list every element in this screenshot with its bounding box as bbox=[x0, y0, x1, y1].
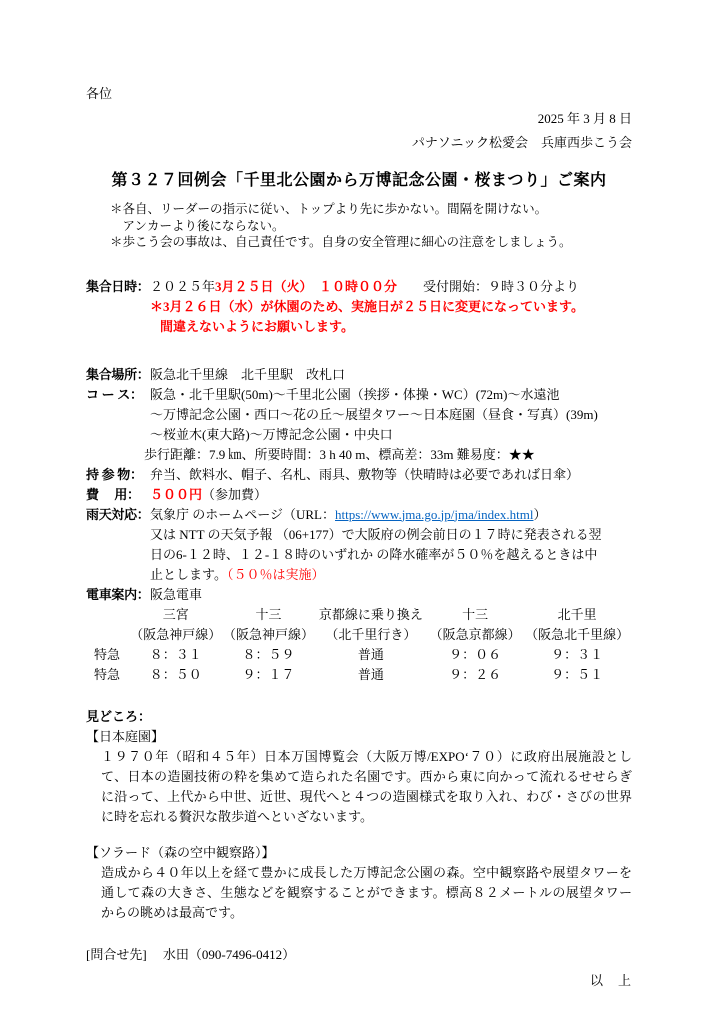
note-line: ＊各自、リーダーの指示に従い、トップより先に歩かない。間隔を開けない。 bbox=[110, 201, 632, 218]
station-header: 三宮 bbox=[128, 605, 223, 625]
train-time-row: 特急 ８：３１ ８：５９ 普通 ９：０６ ９：３１ bbox=[84, 645, 632, 665]
line-header: （阪急神戸線） bbox=[223, 625, 314, 645]
course-line: 阪急・北千里駅(50m)～千里北公園（挨拶・体操・WC）(72m)～水遠池 bbox=[150, 385, 632, 405]
belongings-label: 持 参 物： bbox=[86, 465, 150, 485]
precaution-notes: ＊各自、リーダーの指示に従い、トップより先に歩かない。間隔を開けない。 アンカー… bbox=[110, 201, 632, 251]
rain-policy-line2: 又は NTT の天気予報 （06+177）で大阪府の例会前日の１７時に発表される… bbox=[150, 525, 632, 545]
course-line: ～万博記念公園・西口～花の丘～展望タワー～日本庭園（昼食・写真）(39m) bbox=[150, 405, 632, 425]
line-header: （阪急北千里線） bbox=[522, 625, 632, 645]
course-row: コ ー ス： 阪急・北千里駅(50m)～千里北公園（挨拶・体操・WC）(72m)… bbox=[86, 385, 632, 465]
train-time-row: 特急 ８：５０ ９：１７ 普通 ９：２６ ９：５１ bbox=[84, 665, 632, 685]
closing-mark: 以 上 bbox=[86, 971, 632, 991]
rain-50pct-note: （５０％は実施） bbox=[227, 567, 325, 582]
station-header: 十三 bbox=[223, 605, 314, 625]
document-date: 2025 年 3 月 8 日 bbox=[86, 109, 632, 129]
jma-website-link[interactable]: https://www.jma.go.jp/jma/index.html bbox=[335, 507, 533, 522]
highlight-title: 【日本庭園】 bbox=[86, 727, 632, 747]
highlight-japanese-garden: 【日本庭園】 １９７０年（昭和４５年）日本万国博覧会（大阪万博/EXPO‘７０）… bbox=[86, 727, 632, 827]
meeting-datetime-row: 集合日時： ２０２５年3月２５日（火） １０時００分 受付開始：９時３０分より … bbox=[86, 277, 632, 337]
rain-policy-line1: 気象庁 のホームページ（URL：https://www.jma.go.jp/jm… bbox=[150, 505, 632, 525]
course-stats: 歩行距離：7.9 ㎞、所要時間：3 h 40 m、標高差：33m 難易度：★★ bbox=[144, 445, 632, 465]
highlight-body: １９７０年（昭和４５年）日本万国博覧会（大阪万博/EXPO‘７０）に政府出展施設… bbox=[101, 747, 632, 827]
train-time: ９：５１ bbox=[522, 665, 632, 685]
fee-suffix: （参加費） bbox=[202, 487, 267, 502]
train-type: 特急 bbox=[84, 645, 128, 665]
train-time: ８：５９ bbox=[223, 645, 314, 665]
note-line: アンカーより後にならない。 bbox=[110, 218, 632, 235]
line-header: （阪急京都線） bbox=[428, 625, 523, 645]
highlight-sorado: 【ソラード（森の空中観察路）】 造成から４０年以上を経て豊かに成長した万博記念公… bbox=[86, 843, 632, 923]
train-time: ８：３１ bbox=[128, 645, 223, 665]
train-time: ９：２６ bbox=[428, 665, 523, 685]
highlights-section: 見どころ： 【日本庭園】 １９７０年（昭和４５年）日本万国博覧会（大阪万博/EX… bbox=[86, 707, 632, 923]
train-guide-section: 電車案内：阪急電車 三宮 十三 京都線に乗り換え 十三 北千里 （阪急神戸線） … bbox=[86, 585, 632, 685]
belongings-value: 弁当、飲料水、帽子、名札、雨具、敷物等（快晴時は必要であれば日傘） bbox=[150, 465, 632, 485]
belongings-row: 持 参 物： 弁当、飲料水、帽子、名札、雨具、敷物等（快晴時は必要であれば日傘） bbox=[86, 465, 632, 485]
line-header: （北千里行き） bbox=[314, 625, 428, 645]
train-type-local: 普通 bbox=[314, 645, 428, 665]
note-line: ＊歩こう会の事故は、自己責任です。自身の安全管理に細心の注意をしましょう。 bbox=[110, 234, 632, 251]
station-header: 京都線に乗り換え bbox=[314, 605, 428, 625]
train-time: ９：０６ bbox=[428, 645, 523, 665]
course-label: コ ー ス： bbox=[86, 385, 150, 405]
line-header: （阪急神戸線） bbox=[128, 625, 223, 645]
train-type-local: 普通 bbox=[314, 665, 428, 685]
date-change-warning2: 間違えないようにお願いします。 bbox=[160, 317, 632, 337]
train-line-header-row: （阪急神戸線） （阪急神戸線） （北千里行き） （阪急京都線） （阪急北千里線） bbox=[84, 625, 632, 645]
train-type: 特急 bbox=[84, 665, 128, 685]
salutation: 各位 bbox=[86, 84, 632, 104]
train-timetable: 三宮 十三 京都線に乗り換え 十三 北千里 （阪急神戸線） （阪急神戸線） （北… bbox=[84, 605, 632, 685]
contact-info: [問合せ先] 水田（090-7496-0412） bbox=[86, 945, 632, 965]
train-time: ８：５０ bbox=[128, 665, 223, 685]
fee-amount: ５００円 bbox=[150, 487, 202, 502]
train-time: ９：１７ bbox=[223, 665, 314, 685]
highlight-title: 【ソラード（森の空中観察路）】 bbox=[86, 843, 632, 863]
rain-policy-line3: 日の6-１２時、１２-１８時のいずれか の降水確率が５０％を越えるときは中 bbox=[150, 545, 632, 565]
station-header: 十三 bbox=[428, 605, 523, 625]
train-time: ９：３１ bbox=[522, 645, 632, 665]
train-operator: 阪急電車 bbox=[150, 585, 202, 605]
rain-policy-line4: 止とします。（５０％は実施） bbox=[150, 565, 632, 585]
train-guide-label: 電車案内： bbox=[86, 585, 150, 605]
organization-name: パナソニック松愛会 兵庫西歩こう会 bbox=[86, 133, 632, 153]
meeting-place-value: 阪急北千里線 北千里駅 改札口 bbox=[150, 365, 632, 385]
meeting-date-highlight: 3月２５日（火） １０時００分 bbox=[215, 279, 397, 294]
station-header: 北千里 bbox=[522, 605, 632, 625]
train-station-header-row: 三宮 十三 京都線に乗り換え 十三 北千里 bbox=[84, 605, 632, 625]
rain-policy-row: 雨天対応： 気象庁 のホームページ（URL：https://www.jma.go… bbox=[86, 505, 632, 585]
meeting-datetime-label: 集合日時： bbox=[86, 277, 150, 297]
fee-label: 費 用： bbox=[86, 485, 150, 505]
fee-row: 費 用： ５００円（参加費） bbox=[86, 485, 632, 505]
meeting-datetime-value: ２０２５年3月２５日（火） １０時００分 受付開始：９時３０分より bbox=[150, 277, 632, 297]
rain-policy-label: 雨天対応： bbox=[86, 505, 150, 525]
document-page: 各位 2025 年 3 月 8 日 パナソニック松愛会 兵庫西歩こう会 第３２７… bbox=[0, 0, 724, 1024]
document-title: 第３２７回例会「千里北公園から万博記念公園・桜まつり」ご案内 bbox=[86, 171, 632, 191]
detail-list: 集合日時： ２０２５年3月２５日（火） １０時００分 受付開始：９時３０分より … bbox=[86, 277, 632, 685]
highlights-heading: 見どころ： bbox=[86, 707, 632, 727]
highlight-body: 造成から４０年以上を経て豊かに成長した万博記念公園の森。空中観察路や展望タワーを… bbox=[101, 863, 632, 923]
meeting-place-row: 集合場所： 阪急北千里線 北千里駅 改札口 bbox=[86, 365, 632, 385]
meeting-place-label: 集合場所： bbox=[86, 365, 150, 385]
course-line: ～桜並木(東大路)～万博記念公園・中央口 bbox=[150, 425, 632, 445]
date-change-warning: ＊3月２６日（水）が休園のため、実施日が２５日に変更になっています。 bbox=[150, 297, 632, 317]
